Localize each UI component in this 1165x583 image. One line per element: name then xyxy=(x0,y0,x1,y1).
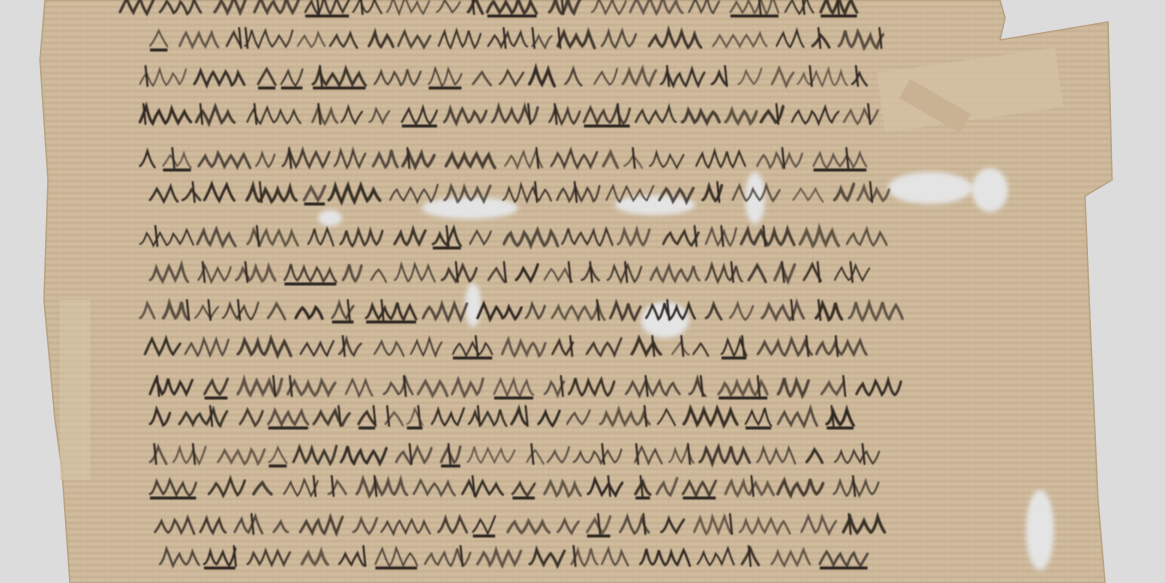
papyrus-hole xyxy=(615,195,695,215)
papyrus-hole xyxy=(1026,490,1054,570)
papyrus-hole xyxy=(972,168,1008,212)
papyrus-hole xyxy=(318,210,342,226)
papyrus-hole xyxy=(888,172,972,204)
papyrus-photograph: Papyrus fragment with hieratic script xyxy=(0,0,1165,583)
papyrus-scene xyxy=(0,0,1165,583)
